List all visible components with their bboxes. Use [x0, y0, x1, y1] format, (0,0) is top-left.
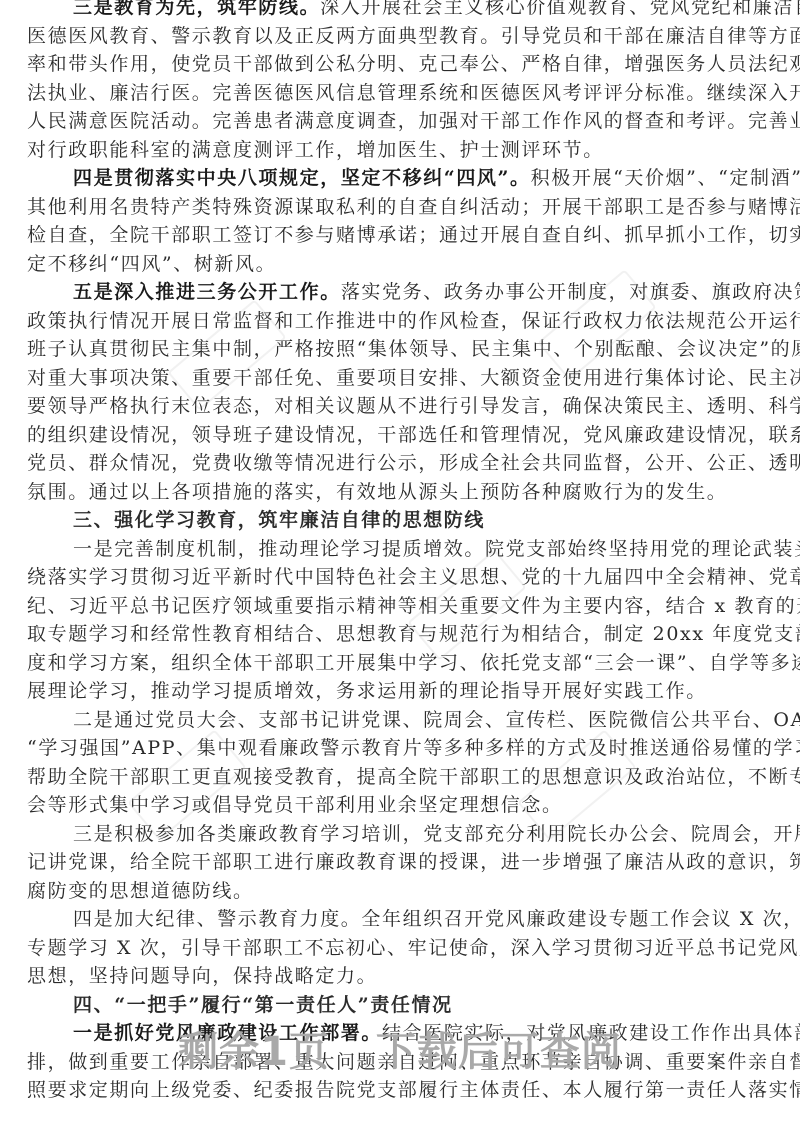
text-line: 的组织建设情况，领导班子建设情况，干部选任和管理情况，党风廉政建设情况，联系和服…	[27, 421, 774, 450]
text-line: 取专题学习和经常性教育相结合、思想教育与规范行为相结合，制定 20xx 年度党支…	[27, 620, 774, 649]
document-body: 三是教育为先，筑牢防线。深入开展社会主义核心价值观教育、党风党纪和廉洁自律教育、…	[27, 0, 774, 1105]
text-line: “学习强国”APP、集中观看廉政警示教育片等多种多样的方式及时推送通俗易懂的学习…	[27, 734, 774, 763]
text-line: 医德医风教育、警示教育以及正反两方面典型教育。引导党员和干部在廉洁自律等方面发挥…	[27, 22, 774, 51]
text-line: 记讲党课，给全院干部职工进行廉政教育课的授课，进一步增强了廉洁从政的意识，筑牢了…	[27, 848, 774, 877]
download-to-read-banner[interactable]: 剩余1页下载后可查阅	[0, 1020, 800, 1077]
paragraph-lead: 四是贯彻落实中央八项规定，坚定不移纠“四风”。	[73, 167, 531, 189]
text-line: 党员、群众情况，党费收缴等情况进行公示，形成全社会共同监督，公开、公正、透明的良…	[27, 449, 774, 478]
text-line: 人民满意医院活动。完善患者满意度调查，加强对干部工作作风的督查和考评。完善业务科…	[27, 107, 774, 136]
paragraph: 四是加大纪律、警示教育力度。全年组织召开党风廉政建设专题工作会议 X 次，开展案…	[27, 905, 774, 991]
text-line: 检自查，全院干部职工签订不参与赌博承诺；通过开展自查自纠、抓早抓小工作，切实做到…	[27, 221, 774, 250]
text-line: 三是教育为先，筑牢防线。深入开展社会主义核心价值观教育、党风党纪和廉洁自律教育、	[27, 0, 774, 22]
text-line: 帮助全院干部职工更直观接受教育，提高全院干部职工的思想意识及政治站位，不断专题学…	[27, 763, 774, 792]
text-line: 三、强化学习教育，筑牢廉洁自律的思想防线	[27, 506, 774, 535]
text-line: 三是积极参加各类廉政教育学习培训，党支部充分利用院长办公会、院周会，开展支部书	[27, 820, 774, 849]
text-line: 纪、习近平总书记医疗领域重要指示精神等相关重要文件为主要内容，结合 x 教育的开…	[27, 592, 774, 621]
paragraph: 三是积极参加各类廉政教育学习培训，党支部充分利用院长办公会、院周会，开展支部书记…	[27, 820, 774, 906]
text-line: 氛围。通过以上各项措施的落实，有效地从源头上预防各种腐败行为的发生。	[27, 478, 774, 507]
paragraph: 二是通过党员大会、支部书记讲党课、院周会、宣传栏、医院微信公共平台、OA 内网、…	[27, 706, 774, 820]
section-heading: 四、“一把手”履行“第一责任人”责任情况	[27, 991, 774, 1020]
text-line: 一是完善制度机制，推动理论学习提质增效。院党支部始终坚持用党的理论武装头脑，围	[27, 535, 774, 564]
text-line: 率和带头作用，使党员干部做到公私分明、克己奉公、严格自律，增强医务人员法纪观念，…	[27, 50, 774, 79]
text-line: 思想，坚持问题导向，保持战略定力。	[27, 962, 774, 991]
text-line: 度和学习方案，组织全体干部职工开展集中学习、依托党支部“三会一课”、自学等多途径…	[27, 649, 774, 678]
text-line: 对行政职能科室的满意度测评工作，增加医生、护士测评环节。	[27, 136, 774, 165]
text-line: 四、“一把手”履行“第一责任人”责任情况	[27, 991, 774, 1020]
remaining-pages-label: 剩余1页	[178, 1029, 330, 1075]
paragraph: 一是完善制度机制，推动理论学习提质增效。院党支部始终坚持用党的理论武装头脑，围绕…	[27, 535, 774, 706]
text-line: 四是贯彻落实中央八项规定，坚定不移纠“四风”。积极开展“天价烟”、“定制酒”及	[27, 164, 774, 193]
paragraph: 三是教育为先，筑牢防线。深入开展社会主义核心价值观教育、党风党纪和廉洁自律教育、…	[27, 0, 774, 164]
text-line: 定不移纠“四风”、树新风。	[27, 250, 774, 279]
paragraph-lead: 三是教育为先，筑牢防线。	[73, 0, 320, 18]
text-line: 绕落实学习贯彻习近平新时代中国特色社会主义思想、党的十九届四中全会精神、党章党规…	[27, 563, 774, 592]
text-line: 腐防变的思想道德防线。	[27, 877, 774, 906]
text-line: 班子认真贯彻民主集中制，严格按照“集体领导、民主集中、个别酝酿、会议决定”的原则…	[27, 335, 774, 364]
document-page: 三是教育为先，筑牢防线。深入开展社会主义核心价值观教育、党风党纪和廉洁自律教育、…	[27, 0, 774, 1105]
text-line: 其他利用名贵特产类特殊资源谋取私利的自查自纠活动；开展干部职工是否参与赌博活动的…	[27, 193, 774, 222]
paragraph: 五是深入推进三务公开工作。落实党务、政务办事公开制度，对旗委、旗政府决策部署和政…	[27, 278, 774, 506]
paragraph: 四是贯彻落实中央八项规定，坚定不移纠“四风”。积极开展“天价烟”、“定制酒”及其…	[27, 164, 774, 278]
text-line: 四是加大纪律、警示教育力度。全年组织召开党风廉政建设专题工作会议 X 次，开展案…	[27, 905, 774, 934]
text-line: 法执业、廉洁行医。完善医德医风信息管理系统和医德医风考评评分标准。继续深入开展创…	[27, 79, 774, 108]
text-line: 政策执行情况开展日常监督和工作推进中的作风检查，保证行政权力依法规范公开运行。领…	[27, 307, 774, 336]
text-line: 对重大事项决策、重要干部任免、重要项目安排、大额资金使用进行集体讨论、民主决策，…	[27, 364, 774, 393]
text-line: 照要求定期向上级党委、纪委报告院党支部履行主体责任、本人履行第一责任人落实情况。	[27, 1076, 774, 1105]
text-line: 展理论学习，推动学习提质增效，务求运用新的理论指导开展好实践工作。	[27, 677, 774, 706]
text-line: 五是深入推进三务公开工作。落实党务、政务办事公开制度，对旗委、旗政府决策部署和	[27, 278, 774, 307]
text-line: 专题学习 X 次，引导干部职工不忘初心、牢记使命，深入学习贯彻习近平总书记党风廉…	[27, 934, 774, 963]
text-line: 二是通过党员大会、支部书记讲党课、院周会、宣传栏、医院微信公共平台、OA 内网、	[27, 706, 774, 735]
paragraph-lead: 五是深入推进三务公开工作。	[73, 281, 341, 303]
text-line: 会等形式集中学习或倡导党员干部利用业余坚定理想信念。	[27, 791, 774, 820]
download-action-label[interactable]: 下载后可查阅	[376, 1029, 622, 1075]
text-line: 要领导严格执行末位表态，对相关议题从不进行引导发言，确保决策民主、透明、科学。将…	[27, 392, 774, 421]
section-heading: 三、强化学习教育，筑牢廉洁自律的思想防线	[27, 506, 774, 535]
